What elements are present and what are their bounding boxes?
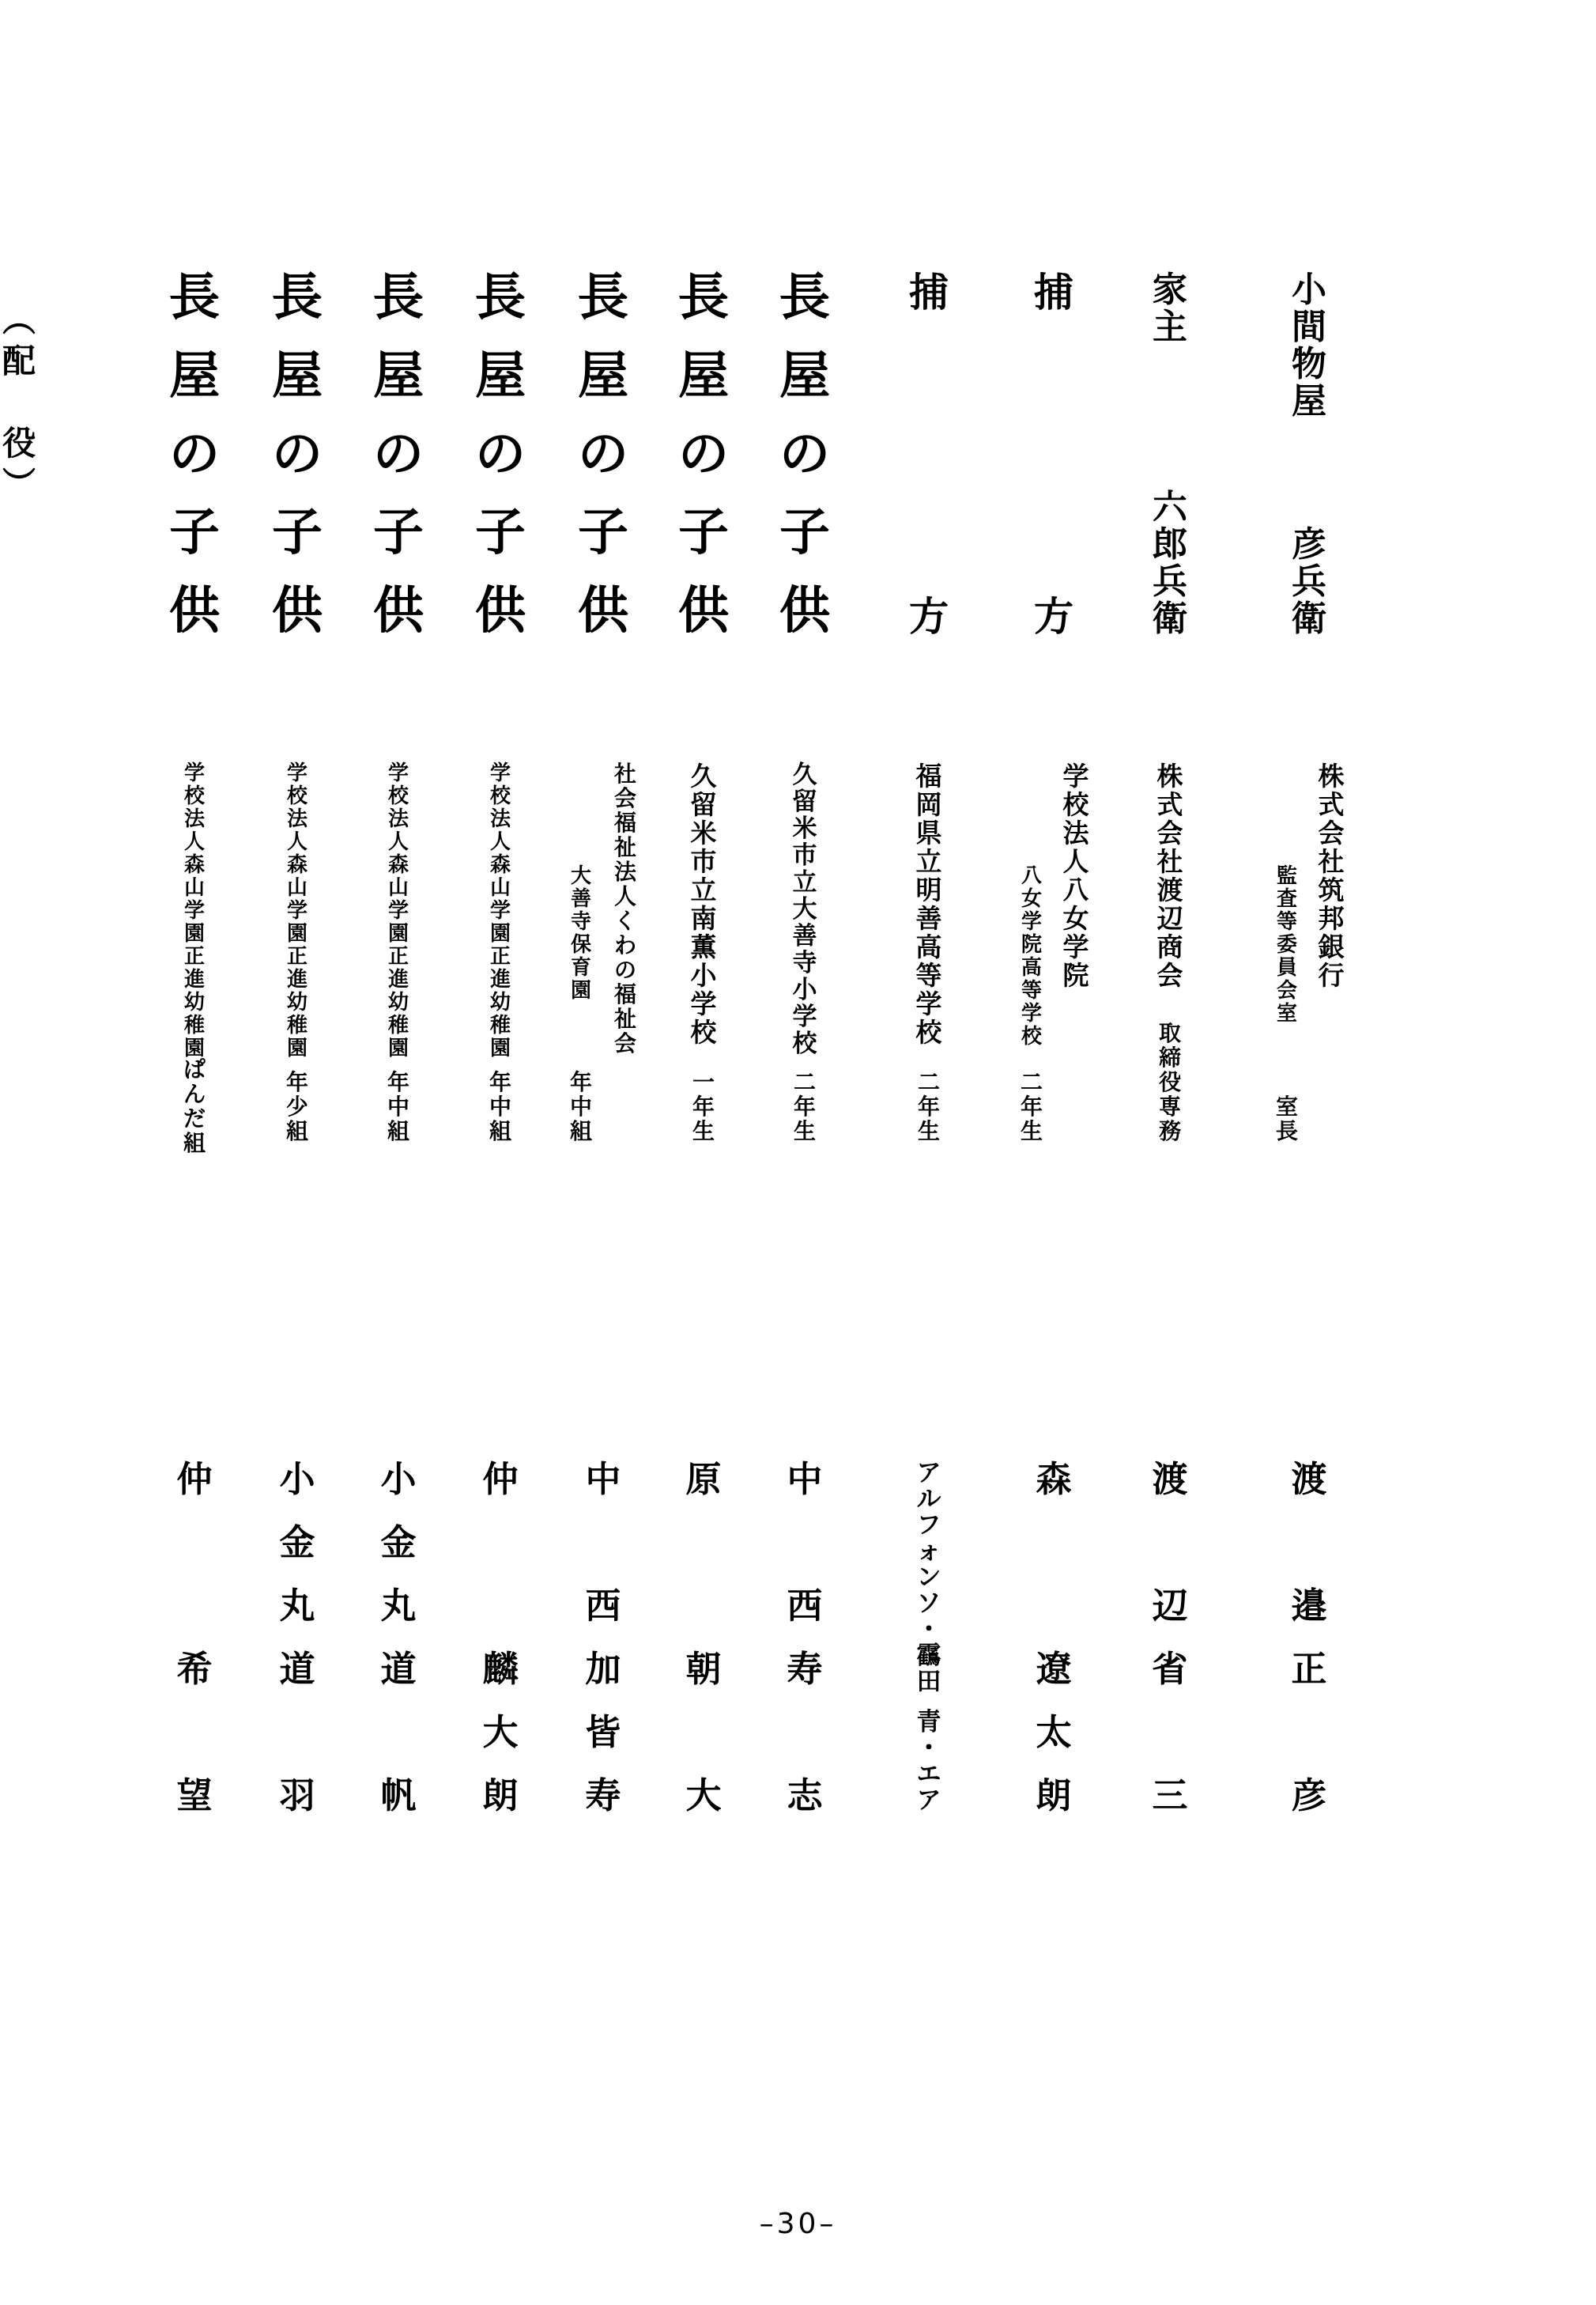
affiliation-line: 学校法人森山学園正進幼稚園ぱんだ組 [176,763,213,1143]
glyph: 二 [918,1071,940,1094]
glyph: 立 [916,848,942,875]
glyph: 寿 [787,1651,822,1687]
glyph: 西 [787,1588,822,1623]
glyph: ソ [917,1592,941,1616]
glyph: 中 [489,1096,511,1118]
glyph: 高 [916,934,942,960]
actor-name: 仲麟大朗 [449,1461,552,1813]
glyph: 物 [1292,347,1326,382]
glyph: 稚 [490,1015,511,1036]
glyph: 米 [793,817,817,841]
actor-surname: 渡邉 [1291,1461,1326,1623]
glyph: 森 [287,855,308,875]
glyph: 会 [614,788,636,810]
glyph: 方 [1034,597,1073,637]
glyph: 麟 [482,1651,518,1687]
glyph: 長 [475,273,526,323]
glyph: 室 [1276,1096,1298,1118]
glyph: 子 [373,508,424,558]
cast-column: 家主六郎兵衛 株式会社渡辺商会取締役専務 渡辺省三 [1119,273,1221,1813]
glyph: 監 [1277,866,1297,886]
glyph: 生 [918,1120,940,1143]
glyph: 渡 [1152,1461,1187,1497]
role-group: 彦兵衛 [1292,527,1326,637]
affiliation-line: 学校法人八女学院 [1058,763,1094,1143]
affiliation-main: 学校法人森山学園正進幼稚園 [287,763,308,1059]
glyph: 長 [678,273,729,323]
glyph: 道 [279,1651,315,1687]
glyph: 子 [272,508,323,558]
glyph: 衛 [1292,602,1326,637]
glyph: 園 [388,1038,409,1059]
glyph: 稚 [184,1015,205,1036]
actor-givenname: 希望 [176,1651,212,1813]
glyph: 会 [1319,820,1345,846]
glyph: 屋 [779,351,830,402]
glyph: 校 [1063,792,1089,818]
glyph: 室 [1277,1003,1297,1024]
glyph: の [475,429,526,480]
cast-sheet: （配 役） 小間物屋彦兵衛 株式会社筑邦銀行監査等委員会室室長 渡邉正彦 家主六… [0,0,1596,2305]
glyph: ル [917,1487,941,1512]
affiliation: 福岡県立明善高等学校二年生 [877,763,980,1143]
glyph: 中 [585,1461,621,1497]
glyph: 皆 [585,1714,621,1750]
glyph: 屋 [475,351,526,402]
glyph: 屋 [272,351,323,402]
cast-column: 長屋の子供 学校法人森山学園正進幼稚園年中組 小金丸道帆 [347,273,450,1813]
glyph: 二 [794,1071,816,1094]
actor-surname: 中西 [585,1461,621,1623]
glyph: 衛 [1153,602,1187,637]
glyph: 山 [184,878,205,898]
glyph: 進 [287,969,308,990]
glyph: 市 [793,844,817,868]
glyph: 子 [779,508,830,558]
glyph: 学 [916,991,942,1017]
glyph: 年 [286,1071,308,1094]
glyph: 園 [287,924,308,944]
glyph: ん [183,1083,206,1105]
glyph: 屋 [373,351,424,402]
glyph: 女 [1063,905,1089,931]
glyph: 組 [183,1132,206,1154]
glyph: 少 [286,1096,308,1118]
role-text: 小間物屋彦兵衛 [1258,273,1360,637]
affiliation-main: 株式会社渡辺商会 [1157,763,1183,988]
cast-column: 捕方 福岡県立明善高等学校二年生 アルフォンソ・靍田青・エア [877,273,980,1813]
affiliation: 学校法人森山学園正進幼稚園年少組 [246,763,349,1143]
glyph: 法 [184,809,205,829]
role-group: 家主 [1153,273,1187,345]
glyph: 小 [691,962,717,988]
glyph: 邉 [1291,1588,1326,1623]
glyph: 仲 [482,1461,518,1497]
glyph: 善 [571,889,591,909]
glyph: 六 [1153,490,1187,525]
glyph: 生 [692,1120,715,1143]
affiliation: 学校法人森山学園正進幼稚園ぱんだ組 [143,763,246,1143]
glyph: 人 [287,832,308,852]
glyph: 学 [287,763,308,784]
glyph: エ [917,1763,941,1787]
glyph: 進 [184,969,205,990]
affiliation-line: 学校法人森山学園正進幼稚園年中組 [380,763,417,1143]
glyph: 年 [1021,1096,1043,1118]
glyph: 家 [1153,273,1187,308]
glyph: 社 [614,763,636,785]
glyph: 株 [1157,763,1183,789]
glyph: 長 [373,273,424,323]
glyph: 学 [287,901,308,921]
glyph: 彦 [1292,527,1326,562]
glyph: 人 [1063,848,1089,875]
glyph: 立 [691,877,717,903]
glyph: の [678,429,729,480]
glyph: 省 [1152,1651,1187,1687]
cast-header: （配 役） [0,302,33,508]
glyph: 留 [691,792,717,818]
role-text: 捕方 [877,273,980,637]
glyph: の [779,429,830,480]
glyph: 組 [489,1120,511,1143]
affiliation-main: 学校法人森山学園正進幼稚園 [184,763,205,1059]
actor-name: 渡辺省三 [1119,1461,1221,1813]
glyph: の [373,429,424,480]
glyph: 大 [685,1778,721,1813]
glyph: 小 [380,1461,416,1497]
glyph: ・ [917,1618,941,1642]
glyph: 学 [1021,1003,1042,1024]
glyph: 学 [1063,763,1089,789]
actor-fullname: アルフォンソ・靍田青・エア [917,1461,941,1813]
glyph: 大 [793,897,817,922]
glyph: 園 [490,1038,511,1059]
glyph: 校 [1021,1026,1042,1047]
glyph: 主 [1153,310,1187,345]
affiliation-grade: ぱんだ組 [183,1059,206,1154]
glyph: 間 [1292,310,1326,345]
cast-column: 長屋の子供 学校法人森山学園正進幼稚園ぱんだ組 仲希望 [143,273,246,1813]
glyph: 彦 [1291,1778,1326,1813]
glyph: 県 [916,820,942,846]
glyph: 小 [1292,273,1326,308]
glyph: 金 [380,1525,416,1560]
glyph: 委 [1277,935,1297,955]
glyph: 中 [787,1461,822,1497]
glyph: 年 [570,1071,592,1094]
glyph: 校 [691,1019,717,1045]
affiliation-main: 学校法人森山学園正進幼稚園 [490,763,511,1059]
affiliation-grade: 年中組 [570,1071,592,1143]
role-text: 捕方 [1002,273,1105,637]
glyph: 幼 [490,992,511,1013]
affiliation-line: 社会福祉法人くわの福祉会 [607,763,643,1143]
affiliation: 学校法人森山学園正進幼稚園年中組 [449,763,552,1143]
glyph: ・ [917,1736,941,1761]
glyph: 学 [1063,934,1089,960]
glyph: 校 [916,1019,942,1045]
affiliation-main: 社会福祉法人くわの福祉会 [614,763,636,1055]
glyph: 志 [787,1778,822,1813]
affiliation-line: 福岡県立明善高等学校二年生 [911,763,947,1143]
role-text: 長屋の子供 [347,273,450,637]
glyph: 子 [169,508,220,558]
affiliation: 株式会社筑邦銀行監査等委員会室室長 [1258,763,1360,1143]
cast-column: 長屋の子供 久留米市立南薫小学校一年生 原朝大 [652,273,755,1813]
glyph: 保 [571,935,591,955]
glyph: 稚 [287,1015,308,1036]
actor-surname: 渡辺 [1152,1461,1187,1623]
actor-givenname: 寿志 [787,1651,822,1813]
cast-column: 長屋の子供 学校法人森山学園正進幼稚園年中組 仲麟大朗 [449,273,552,1813]
glyph: の [578,429,628,480]
glyph: 屋 [678,351,729,402]
glyph: 立 [793,871,817,895]
glyph: 邦 [1319,905,1345,931]
affiliation-grade: 一年生 [692,1071,715,1143]
actor-name: 森遼太朗 [1002,1461,1105,1813]
affiliation-line: 監査等委員会室室長 [1269,763,1305,1143]
glyph: 人 [614,886,636,908]
glyph: 員 [1277,958,1297,978]
actor-surname: 原 [685,1461,721,1623]
glyph: 学 [184,901,205,921]
actor-name: 渡邉正彦 [1258,1461,1360,1813]
glyph: 会 [1277,981,1297,1001]
glyph: 山 [490,878,511,898]
affiliation-line: 株式会社渡辺商会取締役専務 [1152,763,1188,1143]
glyph: 年 [692,1096,715,1118]
glyph: 正 [490,947,511,967]
glyph: 学 [388,901,409,921]
affiliation-grade: 取締役専務 [1159,1022,1181,1143]
glyph: 方 [909,597,949,637]
glyph: 福 [614,812,636,834]
glyph: 育 [571,958,591,978]
glyph: 祉 [614,1008,636,1030]
glyph: 正 [1291,1651,1326,1687]
actor-name: 中西加皆寿 [552,1461,655,1813]
glyph: 靍 [917,1644,941,1668]
glyph: 法 [287,809,308,829]
actor-surname: 小金丸 [279,1461,315,1623]
glyph: 式 [1319,792,1345,818]
actor-givenname: 道羽 [279,1651,315,1813]
glyph: 女 [1021,889,1042,909]
glyph: 正 [388,947,409,967]
glyph: 金 [279,1525,315,1560]
glyph: 八 [1063,877,1089,903]
glyph: の [614,959,636,981]
glyph: 山 [388,878,409,898]
glyph: 等 [1021,981,1042,1001]
affiliation-main: 大善寺保育園 [571,866,591,1001]
glyph: 寺 [793,951,817,976]
glyph: 校 [388,786,409,807]
actor-name: アルフォンソ・靍田青・エア [877,1461,980,1813]
glyph: 小 [279,1461,315,1497]
role-text: 長屋の子供 [753,273,856,637]
glyph: 院 [1063,962,1089,988]
glyph: 山 [287,878,308,898]
glyph: 子 [678,508,729,558]
glyph: 長 [578,273,628,323]
glyph: 査 [1277,889,1297,909]
actor-name: 小金丸道帆 [347,1461,450,1813]
glyph: ア [917,1461,941,1486]
glyph: 組 [570,1120,592,1143]
glyph: 明 [916,877,942,903]
glyph: 学 [184,763,205,784]
glyph: 屋 [1292,384,1326,419]
glyph: 森 [388,855,409,875]
glyph: 株 [1319,763,1345,789]
glyph: 社 [1319,848,1345,875]
glyph: 年 [918,1096,940,1118]
actor-surname: 小金丸 [380,1461,416,1623]
glyph: 久 [793,763,817,788]
affiliation-main: 福岡県立明善高等学校 [916,763,942,1045]
role-text: 家主六郎兵衛 [1119,273,1221,637]
glyph: 丸 [279,1588,315,1623]
glyph: 二 [1021,1071,1043,1094]
glyph: 道 [380,1651,416,1687]
glyph: 高 [1021,958,1042,978]
glyph: 正 [184,947,205,967]
glyph: 正 [287,947,308,967]
role-text: 長屋の子供 [143,273,246,637]
glyph: 行 [1319,962,1345,988]
glyph: 一 [692,1071,715,1094]
affiliation: 学校法人森山学園正進幼稚園年中組 [347,763,450,1143]
role-text: 長屋の子供 [652,273,755,637]
glyph: 薫 [691,934,717,960]
glyph: 岡 [916,792,942,818]
affiliation: 株式会社渡辺商会取締役専務 [1119,763,1221,1143]
glyph: 幼 [287,992,308,1013]
glyph: 校 [490,786,511,807]
glyph: 長 [169,273,220,323]
cast-column: 小間物屋彦兵衛 株式会社筑邦銀行監査等委員会室室長 渡邉正彦 [1258,273,1360,1813]
affiliation: 久留米市立南薫小学校一年生 [652,763,755,1143]
glyph: ぱ [183,1059,206,1081]
glyph: 法 [490,809,511,829]
glyph: 寿 [585,1778,621,1813]
glyph: 会 [1157,962,1183,988]
cast-column: 長屋の子供 社会福祉法人くわの福祉会大善寺保育園年中組 中西加皆寿 [552,273,655,1813]
glyph: 校 [184,786,205,807]
actor-name: 小金丸道羽 [246,1461,349,1813]
glyph: 専 [1159,1096,1181,1118]
glyph: 渡 [1157,877,1183,903]
cast-column: 長屋の子供 久留米市立大善寺小学校二年生 中西寿志 [753,273,856,1813]
glyph: 幼 [388,992,409,1013]
glyph: 希 [176,1651,212,1687]
affiliation-line: 学校法人森山学園正進幼稚園年中組 [482,763,519,1143]
glyph: 学 [1021,912,1042,932]
glyph: 進 [490,969,511,990]
glyph: 太 [1036,1714,1071,1750]
glyph: 渡 [1291,1461,1326,1497]
glyph: 兵 [1292,565,1326,599]
glyph: 遼 [1036,1651,1071,1687]
glyph: 加 [585,1651,621,1687]
affiliation-line: 八女学院高等学校二年生 [1013,763,1050,1143]
glyph: 丸 [380,1588,416,1623]
affiliation-grade: 年少組 [286,1071,308,1143]
glyph: 銀 [1319,934,1345,960]
role-group: 六郎兵衛 [1153,490,1187,637]
glyph: 仲 [176,1461,212,1497]
actor-surname: 仲 [482,1461,518,1623]
glyph: の [169,429,220,480]
glyph: 筑 [1319,877,1345,903]
glyph: 供 [373,586,424,637]
glyph: 学 [490,763,511,784]
glyph: 学 [388,763,409,784]
glyph: 祉 [614,837,636,859]
actor-givenname: 道帆 [380,1651,416,1813]
actor-givenname: 麟大朗 [482,1651,518,1813]
glyph: 等 [916,962,942,988]
glyph: 長 [779,273,830,323]
glyph: 辺 [1152,1588,1187,1623]
glyph: 田 [917,1670,941,1695]
glyph: 人 [388,832,409,852]
glyph: 年 [387,1071,409,1094]
glyph: 久 [691,763,717,789]
glyph: 南 [691,905,717,931]
glyph: 三 [1152,1778,1187,1813]
actor-surname: 仲 [176,1461,212,1623]
glyph: 大 [571,866,591,886]
glyph: 長 [1276,1120,1298,1143]
glyph: 供 [475,586,526,637]
affiliation: 久留米市立大善寺小学校二年生 [753,763,856,1143]
actor-givenname: 遼太朗 [1036,1651,1071,1813]
cast-column: 捕方 学校法人八女学院八女学院高等学校二年生 森遼太朗 [1002,273,1105,1813]
glyph: 米 [691,820,717,846]
glyph: 原 [685,1461,721,1497]
glyph: 役 [1159,1071,1181,1094]
affiliation-grade: 二年生 [1021,1071,1043,1143]
glyph: 法 [388,809,409,829]
glyph: 園 [571,981,591,1001]
glyph: フ [917,1513,941,1538]
glyph: 人 [184,832,205,852]
glyph: 年 [489,1071,511,1094]
glyph: 式 [1157,792,1183,818]
glyph: 羽 [279,1778,315,1813]
glyph: だ [183,1108,206,1130]
glyph: 善 [793,924,817,949]
glyph: 青 [917,1710,941,1735]
glyph: 校 [287,786,308,807]
glyph: 供 [272,586,323,637]
glyph: 園 [287,1038,308,1059]
glyph: 取 [1159,1022,1181,1045]
glyph: 組 [387,1120,409,1143]
glyph: 法 [1063,820,1089,846]
actor-givenname: 正彦 [1291,1651,1326,1813]
affiliation: 社会福祉法人くわの福祉会大善寺保育園年中組 [552,763,655,1143]
glyph: 森 [1036,1461,1071,1497]
affiliation-grade: 二年生 [794,1071,816,1143]
glyph: ォ [917,1540,941,1564]
glyph: く [614,910,636,932]
affiliation-grade: 年中組 [387,1071,409,1143]
